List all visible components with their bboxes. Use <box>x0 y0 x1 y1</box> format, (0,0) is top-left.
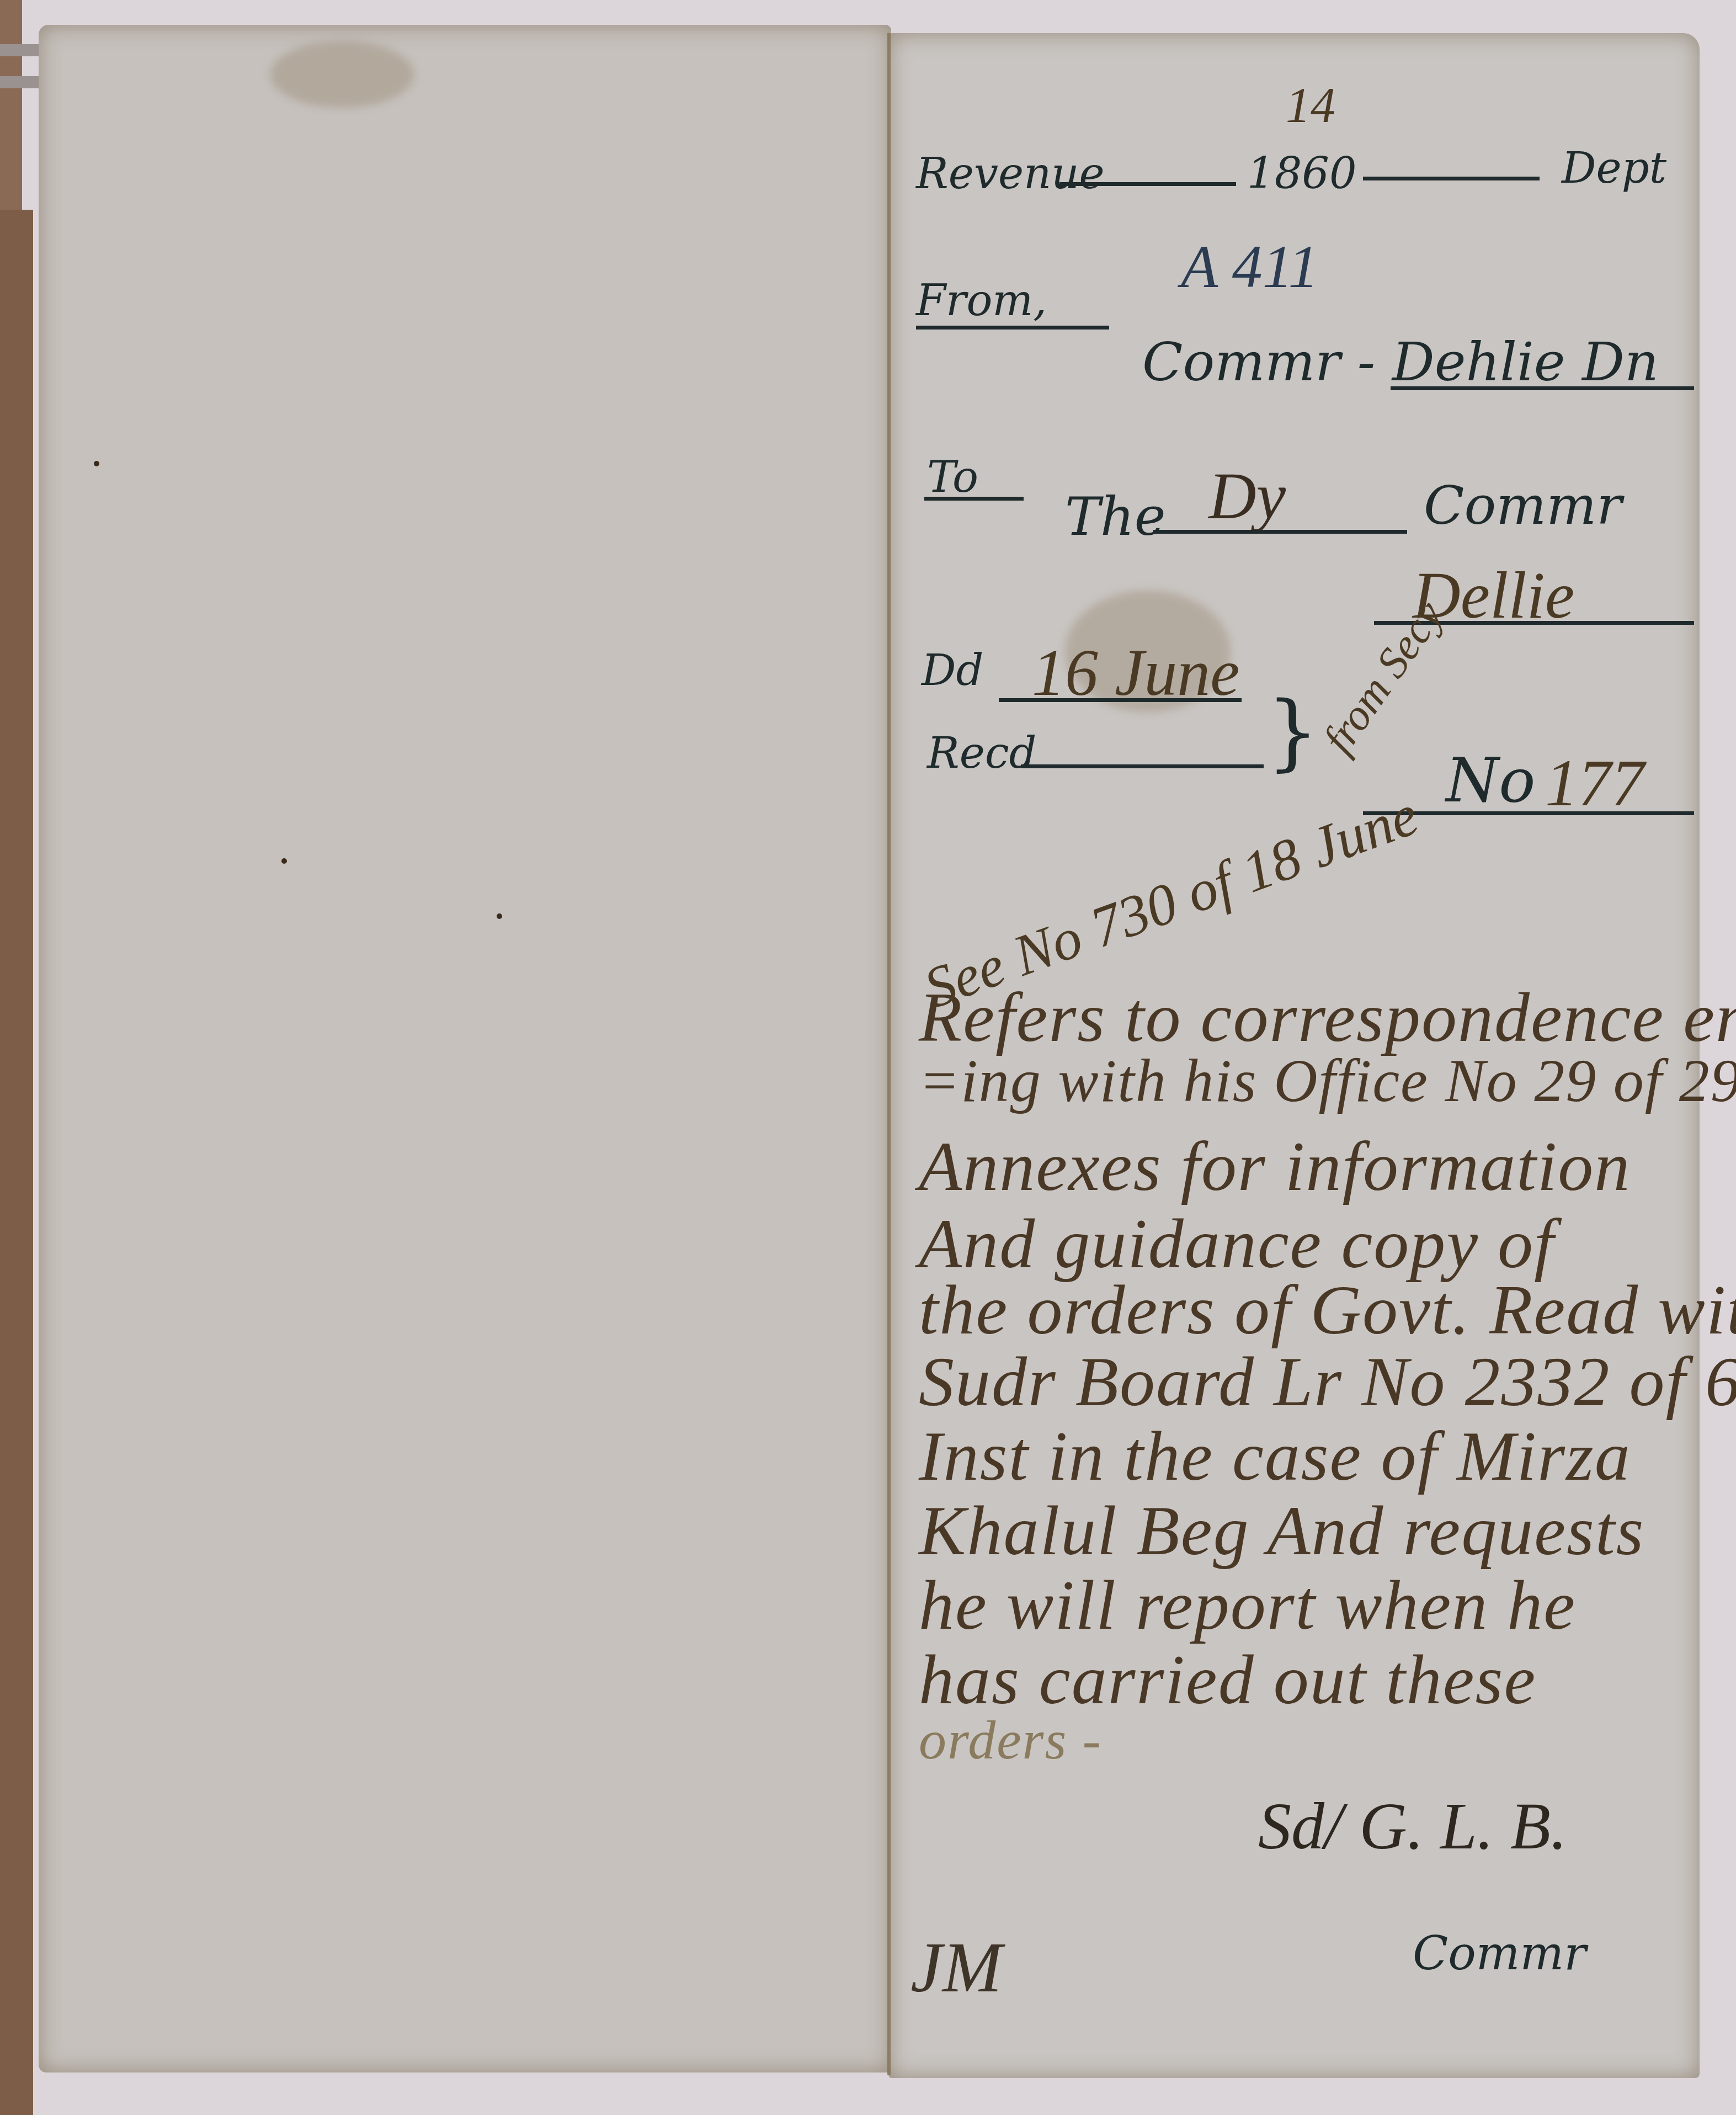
rule <box>924 497 1024 501</box>
received-label: Recd <box>927 729 1037 778</box>
dept-prefix: Revenue <box>916 149 1105 199</box>
body-line: orders - <box>919 1708 1102 1772</box>
rule <box>1153 530 1407 534</box>
rule <box>999 698 1242 702</box>
stain <box>270 41 414 108</box>
body-line: he will report when he <box>919 1565 1576 1646</box>
initials: JM <box>910 1926 1002 2009</box>
signature-title: Commr <box>1413 1926 1586 1980</box>
to-the: The <box>1065 486 1166 548</box>
to-label: To <box>927 453 978 502</box>
cardboard-edge <box>0 210 33 2115</box>
page-fold <box>887 33 891 2075</box>
body-line: Inst in the case of Mirza <box>919 1416 1631 1497</box>
number-value: 177 <box>1545 745 1644 821</box>
page-marker: 14 <box>1286 77 1335 134</box>
body-line: =ing with his Office No 29 of 29th Feby … <box>919 1046 1736 1116</box>
rule <box>916 326 1109 330</box>
year: 1860 <box>1247 149 1357 199</box>
body-line: Khalul Beg And requests <box>919 1490 1644 1571</box>
to-deputy: Dy <box>1208 458 1286 534</box>
body-line: the orders of Govt. Read with <box>919 1269 1736 1351</box>
from-value: Commr - Dehlie Dn <box>1142 331 1659 393</box>
rule <box>1059 182 1236 186</box>
from-label: From, <box>916 276 1047 326</box>
dated-label: Dd <box>922 646 983 695</box>
brace: } <box>1266 684 1319 780</box>
ink-spot <box>94 461 99 466</box>
left-page <box>39 25 891 2073</box>
pencil-reference: A 411 <box>1181 232 1319 302</box>
dept-suffix: Dept <box>1562 144 1666 193</box>
ink-spot <box>281 858 287 864</box>
rule <box>1363 177 1540 180</box>
number-label: No <box>1446 745 1535 816</box>
rule <box>1021 764 1264 768</box>
body-line: Sudr Board Lr No 2332 of 6th <box>919 1341 1736 1422</box>
body-line: Annexes for information <box>919 1126 1631 1207</box>
signature: Sd/ G. L. B. <box>1258 1788 1567 1864</box>
to-commissioner: Commr <box>1424 475 1622 536</box>
rule <box>1391 386 1694 390</box>
ink-spot <box>497 913 502 919</box>
